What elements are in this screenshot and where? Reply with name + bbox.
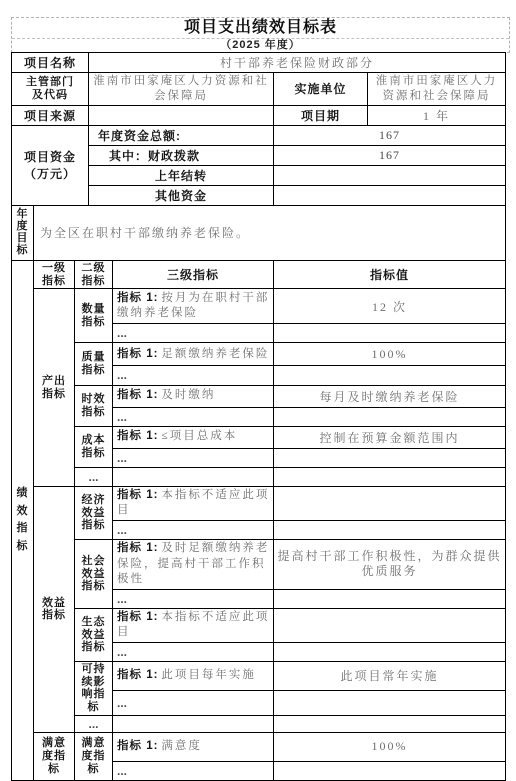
empty-cell (274, 690, 506, 715)
value-project-period: 1 年 (368, 105, 506, 125)
label-project-funding: 项目资金 （万元） (12, 125, 89, 205)
level2-more: ... (75, 467, 113, 486)
empty-cell (274, 448, 506, 467)
label-performance-indicators: 绩 效 指 标 (12, 260, 34, 780)
table-row: 项目名称 村干部养老保险财政部分 (12, 53, 506, 73)
value-carryover (274, 165, 506, 185)
table-row: 生态 效益 指标 指标 1:本指标不适应此项目 (12, 608, 506, 642)
indicator-timeliness-value: 每月及时缴纳养老保险 (274, 385, 506, 407)
indicator-quality-value: 100% (274, 343, 506, 366)
level2-cost: 成本 指标 (75, 426, 113, 467)
label-impl-unit: 实施单位 (274, 73, 368, 106)
value-project-name: 村干部养老保险财政部分 (89, 53, 506, 73)
value-dept: 淮南市田家庵区人力资源和社会保障局 (89, 73, 274, 106)
level2-quality: 质量 指标 (75, 343, 113, 385)
level2-social: 社会 效益 指标 (75, 540, 113, 609)
label-project-source: 项目来源 (12, 105, 89, 125)
level2-satisfaction: 满意 度指 标 (75, 732, 113, 780)
value-fiscal-allocation: 167 (274, 145, 506, 165)
table-row: ... (12, 467, 506, 486)
empty-cell (274, 520, 506, 539)
indicator-ecological-value (274, 608, 506, 642)
table-row: 可持 续影 响指 标 指标 1:此项目每年实施 此项目常年实施 (12, 662, 506, 691)
value-other-funds (274, 185, 506, 205)
empty-cell (274, 366, 506, 385)
indicator-prefix: 指标 1: (117, 489, 158, 501)
value-project-source (89, 105, 274, 125)
empty-cell (274, 324, 506, 343)
value-impl-unit: 淮南市田家庵区人力资源和社会保障局 (368, 73, 506, 106)
label-carryover: 上年结转 (89, 165, 274, 185)
indicator-more: ... (113, 761, 274, 780)
indicator-economic: 指标 1:本指标不适应此项目 (113, 486, 274, 520)
table-row: 质量 指标 指标 1:足额缴纳养老保险 100% (12, 343, 506, 366)
indicator-sustainability: 指标 1:此项目每年实施 (113, 662, 274, 691)
level2-sustainability: 可持 续影 响指 标 (75, 662, 113, 716)
header-level1: 一级 指标 (34, 260, 75, 288)
label-other-funds: 其他资金 (89, 185, 274, 205)
header-level2: 二级 指标 (75, 260, 113, 288)
table-row: 成本 指标 指标 1:≤项目总成本 控制在预算金额范围内 (12, 426, 506, 448)
indicator-prefix: 指标 1: (117, 348, 158, 360)
label-fiscal-allocation: 其中：财政拨款 (89, 145, 274, 165)
indicator-quality: 指标 1:足额缴纳养老保险 (113, 343, 274, 366)
indicator-more: ... (113, 407, 274, 426)
table-row: 项目来源 项目期 1 年 (12, 105, 506, 125)
indicator-quantity-value: 12 次 (274, 289, 506, 324)
level1-benefit: 效益 指标 (34, 486, 75, 732)
empty-cell (274, 589, 506, 608)
empty-cell (113, 715, 274, 732)
indicator-prefix: 指标 1: (117, 430, 158, 442)
indicator-more: ... (113, 448, 274, 467)
indicator-prefix: 指标 1: (117, 292, 158, 304)
indicator-sustainability-value: 此项目常年实施 (274, 662, 506, 691)
table-row: 年 度 目 标 为全区在职村干部缴纳养老保险。 (12, 205, 506, 260)
level1-satisfaction: 满意 度指 标 (34, 732, 75, 780)
table-row: 时效 指标 指标 1:及时缴纳 每月及时缴纳养老保险 (12, 385, 506, 407)
level2-timeliness: 时效 指标 (75, 385, 113, 426)
value-annual-total: 167 (274, 125, 506, 145)
indicator-more: ... (113, 589, 274, 608)
label-project-period: 项目期 (274, 105, 368, 125)
performance-target-table: 项目名称 村干部养老保险财政部分 主管部门 及代码 淮南市田家庵区人力资源和社会… (11, 52, 506, 781)
indicator-more: ... (113, 642, 274, 661)
indicator-ecological: 指标 1:本指标不适应此项目 (113, 608, 274, 642)
indicator-cost-value: 控制在预算金额范围内 (274, 426, 506, 448)
indicator-prefix: 指标 1: (117, 611, 158, 623)
indicator-more: ... (113, 324, 274, 343)
table-row: 社会 效益 指标 指标 1:及时足额缴纳养老保险，提高村干部工作积极性 提高村干… (12, 540, 506, 590)
indicator-timeliness: 指标 1:及时缴纳 (113, 385, 274, 407)
page-title: 项目支出绩效目标表 (12, 18, 509, 39)
level1-output: 产出 指标 (34, 289, 75, 487)
page-subtitle: （2025 年度） (12, 39, 509, 52)
level2-quantity: 数量 指标 (75, 289, 113, 343)
indicator-more: ... (113, 520, 274, 539)
table-row: 产出 指标 数量 指标 指标 1:按月为在职村干部缴纳养老保险 12 次 (12, 289, 506, 324)
indicator-social: 指标 1:及时足额缴纳养老保险，提高村干部工作积极性 (113, 540, 274, 590)
indicator-prefix: 指标 1: (117, 740, 158, 752)
table-row: 效益 指标 经济 效益 指标 指标 1:本指标不适应此项目 (12, 486, 506, 520)
empty-cell (274, 407, 506, 426)
label-project-name: 项目名称 (12, 53, 89, 73)
value-annual-goal: 为全区在职村干部缴纳养老保险。 (34, 205, 506, 260)
indicator-more: ... (113, 366, 274, 385)
empty-cell (274, 761, 506, 780)
level2-economic: 经济 效益 指标 (75, 486, 113, 539)
table-row: 主管部门 及代码 淮南市田家庵区人力资源和社会保障局 实施单位 淮南市田家庵区人… (12, 73, 506, 106)
title-block: 项目支出绩效目标表 （2025 年度） (11, 17, 510, 53)
indicator-social-value: 提高村干部工作积极性，为群众提供优质服务 (274, 540, 506, 590)
indicator-quantity: 指标 1:按月为在职村干部缴纳养老保险 (113, 289, 274, 324)
indicator-satisfaction-value: 100% (274, 732, 506, 761)
empty-cell (274, 642, 506, 661)
header-level3: 三级指标 (113, 260, 274, 288)
indicator-prefix: 指标 1: (117, 669, 158, 681)
label-annual-total: 年度资金总额: (89, 125, 274, 145)
label-dept-code: 主管部门 及代码 (12, 73, 89, 106)
label-annual-goal: 年 度 目 标 (12, 205, 34, 260)
indicator-satisfaction: 指标 1:满意度 (113, 732, 274, 761)
empty-cell (274, 715, 506, 732)
table-row: 绩 效 指 标 一级 指标 二级 指标 三级指标 指标值 (12, 260, 506, 288)
indicator-economic-value (274, 486, 506, 520)
table-row: 项目资金 （万元） 年度资金总额: 167 (12, 125, 506, 145)
header-indicator-value: 指标值 (274, 260, 506, 288)
indicator-prefix: 指标 1: (117, 389, 158, 401)
indicator-more: ... (113, 690, 274, 715)
level2-ecological: 生态 效益 指标 (75, 608, 113, 661)
empty-cell (113, 467, 274, 486)
indicator-prefix: 指标 1: (117, 542, 158, 554)
level2-more: ... (75, 715, 113, 732)
table-row: 满意 度指 标 满意 度指 标 指标 1:满意度 100% (12, 732, 506, 761)
indicator-cost: 指标 1:≤项目总成本 (113, 426, 274, 448)
empty-cell (274, 467, 506, 486)
table-row: ... (12, 715, 506, 732)
